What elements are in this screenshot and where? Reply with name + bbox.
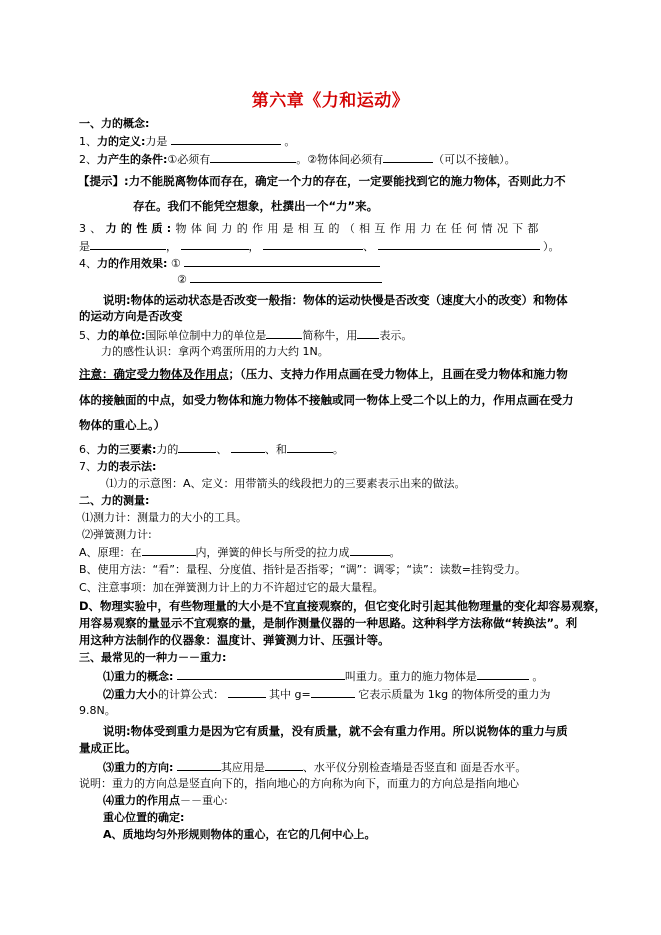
item-number: 2、 [79, 153, 97, 166]
notice-line-2: 体的接触面的中点，如受力物体和施力物体不接触或同一物体上受二个以上的力，作用点画… [79, 393, 574, 407]
notice-text: ；（压力、支持力作用点画在受力物体上，且画在受力物体和施力物 [229, 367, 568, 381]
spring-precautions: C、注意事项：加在弹簧测力计上的力不许超过它的最大量程。 [79, 581, 384, 595]
item-4-effects: 4、力的作用效果: ① [79, 256, 380, 271]
gravity-direction: ⑶重力的方向: 其应用是、水平仪分别检查墙是否竖直和 面是否水平。 [103, 760, 526, 775]
tip-line-1: 【提示】:力不能脱离物体而存在，确定一个力的存在，一定要能找到它的施力物体，否则… [78, 174, 566, 188]
item-end: 。 [333, 443, 344, 456]
item-end: 。 [284, 135, 295, 148]
fill-blank[interactable] [265, 760, 303, 771]
notice-line-3: 物体的重心上。） [79, 418, 165, 432]
note-1-line-1: 说明:物体的运动状态是否改变一般指：物体的运动快慢是否改变（速度大小的改变）和物… [103, 293, 568, 307]
gravity-note-line-2: 量成正比。 [79, 741, 137, 755]
fill-blank[interactable] [231, 442, 265, 453]
item-text: 它表示质量为 1kg 的物体所受的重力为 [358, 688, 550, 701]
item-number: 1、 [79, 135, 97, 148]
item-label: 力的定义: [97, 135, 145, 148]
item-2-conditions: 2、力产生的条件:①必须有。②物体间必须有（可以不接触）。 [79, 152, 516, 167]
item-text: （可以不接触）。 [433, 153, 516, 166]
fill-blank[interactable] [142, 545, 196, 556]
separator: ， [166, 240, 177, 253]
notice-line-1: 注意：确定受力物体及作用点；（压力、支持力作用点画在受力物体上，且画在受力物体和… [79, 367, 568, 381]
fill-blank[interactable] [383, 152, 433, 163]
fill-blank[interactable] [287, 442, 333, 453]
item-7-representation: 7、力的表示法: [79, 460, 156, 474]
conversion-method-line-3: 用这种方法制作的仪器象：温度计、弹簧测力计、压强计等。 [79, 633, 390, 647]
item-1-definition: 1、力的定义:力是 。 [79, 134, 295, 149]
notice-label: 注意：确定受力物体及作用点 [79, 367, 229, 381]
fill-blank[interactable] [177, 760, 221, 771]
gravity-formula: ⑵重力大小的计算公式： 其中 g= 它表示质量为 1kg 的物体所受的重力为 [103, 687, 551, 702]
item-text: 其中 g= [269, 688, 311, 701]
fill-blank[interactable] [171, 134, 281, 145]
item-text: 内，弹簧的伸长与所受的拉力成 [196, 546, 350, 559]
fill-blank[interactable] [184, 256, 380, 267]
item-text: 其应用是 [221, 761, 265, 774]
item-label: 力的三要素: [97, 443, 156, 456]
separator: 、 [363, 240, 374, 253]
item-text: ①必须有 [167, 153, 210, 166]
separator: ， [249, 240, 260, 253]
item-3-properties: 3、力的性质:物体间力的作用是相互的（相互作用力在任何情况下都 [79, 222, 543, 236]
fill-blank[interactable] [90, 239, 166, 250]
fill-blank[interactable] [266, 328, 302, 339]
item-5-unit: 5、力的单位:国际单位制中力的单位是简称牛，用表示。 [79, 328, 412, 343]
fill-blank[interactable] [178, 442, 216, 453]
item-label: 力的作用效果: [97, 257, 167, 270]
separator: 、和 [265, 443, 287, 456]
fill-blank[interactable] [177, 669, 345, 680]
note-label: 说明: [103, 293, 131, 307]
item-text: －－重心: [180, 794, 228, 807]
item-7-diagram: ⑴力的示意图：A、定义：用带箭头的线段把力的三要素表示出来的做法。 [106, 477, 466, 491]
tip-line-2: 存在。我们不能凭空想象，杜撰出一个“力”来。 [133, 199, 378, 213]
force-sense: 力的感性认识：拿两个鸡蛋所用的力大约 1N。 [101, 345, 329, 359]
gravity-note-line-1: 说明:物体受到重力是因为它有质量，没有质量，就不会有重力作用。所以说物体的重力与… [103, 724, 568, 738]
item-text: 力是 [145, 135, 167, 148]
spring-principle: A、原理：在内，弹簧的伸长与所受的拉力成。 [79, 545, 401, 560]
item-number: 4、 [79, 257, 97, 270]
item-text: 物体间力的作用是相互的（相互作用力在任何情况下都 [176, 222, 543, 235]
conversion-method-line-2: 用容易观察的量显示不宜观察的量，是制作测量仪器的一种思路。这种科学方法称做“转换… [79, 616, 577, 630]
fill-blank[interactable] [181, 239, 249, 250]
item-end: 。 [390, 546, 401, 559]
fill-blank[interactable] [378, 239, 540, 250]
item-label: 力的单位: [97, 329, 145, 342]
center-of-gravity: ⑷重力的作用点－－重心: [103, 794, 228, 808]
conversion-method-line-1: D、物理实验中，有些物理量的大小是不宜直接观察的，但它变化时引起其他物理量的变化… [79, 599, 606, 613]
item-text: 国际单位制中力的单位是 [145, 329, 266, 342]
item-number: 7、 [79, 460, 97, 473]
section-3-heading: 三、最常见的一种力－－重力: [79, 651, 226, 665]
circled-marker: ② [177, 273, 187, 286]
item-number: 5、 [79, 329, 97, 342]
chapter-title: 第六章《力和运动》 [0, 86, 661, 111]
item-4-effect-2: ② [177, 272, 382, 287]
item-end: 。 [532, 670, 543, 683]
separator: 、 [216, 443, 227, 456]
item-label: 力产生的条件: [97, 153, 167, 166]
spring-scale-heading: ⑵弹簧测力计: [82, 528, 152, 542]
note-label: 说明: [103, 724, 131, 738]
gravity-concept: ⑴重力的概念: 叫重力。重力的施力物体是 。 [103, 669, 543, 684]
item-label: ⑵重力大小 [103, 688, 158, 701]
section-2-heading: 二、力的测量: [79, 494, 149, 508]
gravity-direction-note: 说明：重力的方向总是竖直向下的，指向地心的方向称为向下，而重力的方向总是指向地心 [79, 777, 519, 791]
center-position-a: A、质地均匀外形规则物体的重心，在它的几何中心上。 [103, 828, 376, 842]
item-text: 。②物体间必须有 [296, 153, 383, 166]
fill-blank[interactable] [357, 328, 379, 339]
item-label: ⑶重力的方向: [103, 761, 173, 774]
item-label: 力的性质: [106, 222, 176, 235]
note-text: 物体受到重力是因为它有质量，没有质量，就不会有重力作用。所以说物体的重力与质 [131, 724, 568, 738]
item-text: 力的 [156, 443, 178, 456]
item-end: ）。 [543, 240, 560, 253]
fill-blank[interactable] [228, 687, 266, 698]
fill-blank[interactable] [190, 272, 382, 283]
item-label: ⑷重力的作用点 [103, 794, 180, 807]
dynamometer-def: ⑴测力计：测量力的大小的工具。 [82, 511, 247, 525]
section-1-heading: 一、力的概念: [79, 117, 149, 131]
item-text: 的计算公式： [158, 688, 224, 701]
circled-marker: ① [171, 257, 181, 270]
item-text: 叫重力。重力的施力物体是 [345, 670, 477, 683]
item-text: 、水平仪分别检查墙是否竖直和 面是否水平。 [303, 761, 527, 774]
fill-blank[interactable] [350, 545, 390, 556]
item-text: 表示。 [379, 329, 412, 342]
center-position-heading: 重心位置的确定: [103, 811, 184, 825]
fill-blank[interactable] [311, 687, 355, 698]
fill-blank[interactable] [210, 152, 296, 163]
gravity-formula-line-2: 9.8N。 [79, 704, 116, 718]
fill-blank[interactable] [263, 239, 363, 250]
document-page: 第六章《力和运动》 一、力的概念: 1、力的定义:力是 。 2、力产生的条件:①… [0, 0, 661, 935]
item-number: 6、 [79, 443, 97, 456]
item-text: 简称牛，用 [302, 329, 357, 342]
note-1-line-2: 的运动方向是否改变 [79, 309, 183, 323]
fill-blank[interactable] [477, 669, 529, 680]
item-6-three-elements: 6、力的三要素:力的、 、和。 [79, 442, 344, 457]
tip-label: 【提示】: [78, 174, 129, 188]
spring-usage: B、使用方法：“看”：量程、分度值、指针是否指零；“调”：调零；“读”：读数=挂… [79, 563, 526, 577]
item-label: 力的表示法: [97, 460, 156, 473]
item-3-line-2: 是， ， 、 ）。 [79, 239, 560, 254]
item-text: A、原理：在 [79, 546, 142, 559]
item-label: ⑴重力的概念: [103, 670, 173, 683]
item-number: 3、 [79, 222, 106, 235]
note-text: 物体的运动状态是否改变一般指：物体的运动快慢是否改变（速度大小的改变）和物体 [131, 293, 568, 307]
item-text: 是 [79, 240, 90, 253]
tip-text: 力不能脱离物体而存在，确定一个力的存在，一定要能找到它的施力物体，否则此力不 [129, 174, 566, 188]
